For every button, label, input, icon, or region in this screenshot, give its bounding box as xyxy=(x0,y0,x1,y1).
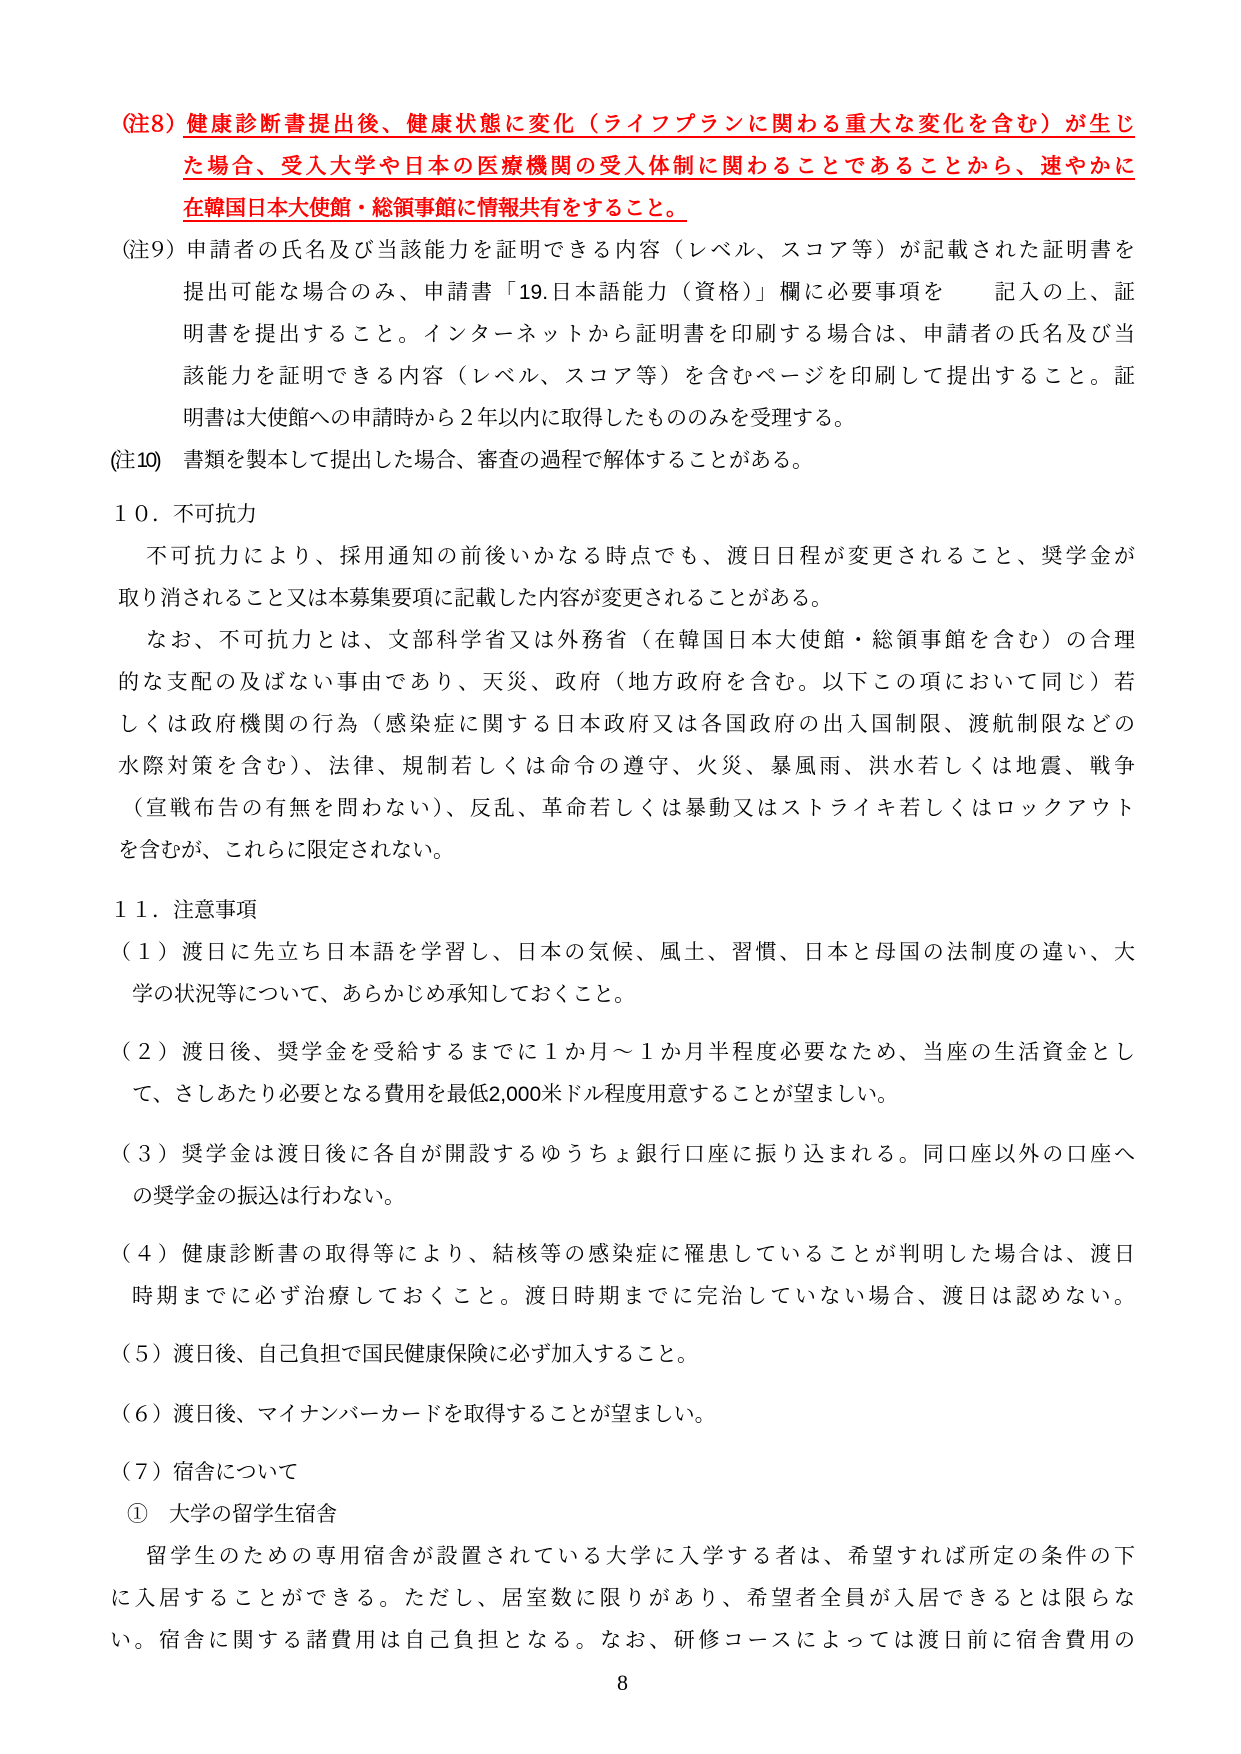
section10-p2-line-2: 的な支配の及ばない事由であり、天災、政府（地方政府を含む。以下この項において同じ… xyxy=(110,662,1135,704)
spacer xyxy=(110,1016,1135,1032)
note9-label: （注９） xyxy=(110,230,183,272)
section11-item7-para-line-1: 留学生のための専用宿舎が設置されている大学に入学する者は、希望すれば所定の条件の… xyxy=(110,1536,1135,1578)
note8-text-2: た場合、受入大学や日本の医療機関の受入体制に関わることであることから、速やかに xyxy=(110,146,1135,188)
note9-text-4: 該能力を証明できる内容（レベル、スコア等）を含むページを印刷して提出すること。証 xyxy=(110,356,1135,398)
section11-item2-line-1: （２）渡日後、奨学金を受給するまでに１か月～１か月半程度必要なため、当座の生活資… xyxy=(110,1032,1135,1074)
spacer xyxy=(110,872,1135,890)
note10-text-1: 書類を製本して提出した場合、審査の過程で解体することがある。 xyxy=(183,449,813,472)
note8-line-1: （注８）健康診断書提出後、健康状態に変化（ライフプランに関わる重大な変化を含む）… xyxy=(110,104,1135,146)
page-number: 8 xyxy=(110,1662,1135,1704)
section11-heading: １１．注意事項 xyxy=(110,890,1135,932)
section11-item4-line-1: （４）健康診断書の取得等により、結核等の感染症に罹患していることが判明した場合は… xyxy=(110,1234,1135,1276)
section10-heading: １０．不可抗力 xyxy=(110,494,1135,536)
section11-item7-para-line-2: に入居することができる。ただし、居室数に限りがあり、希望者全員が入居できるとは限… xyxy=(110,1578,1135,1620)
spacer xyxy=(110,1116,1135,1134)
note9-text-5: 明書は大使館への申請時から２年以内に取得したもののみを受理する。 xyxy=(110,398,1135,440)
section10-p2-line-4: 水際対策を含む）、法律、規制若しくは命令の遵守、火災、暴風雨、洪水若しくは地震、… xyxy=(110,746,1135,788)
note8-text-1: 健康診断書提出後、健康状態に変化（ライフプランに関わる重大な変化を含む）が生じ xyxy=(183,113,1135,136)
section11-item5-line-1: （５）渡日後、自己負担で国民健康保険に必ず加入すること。 xyxy=(110,1334,1135,1376)
section11-item2-line-2: て、さしあたり必要となる費用を最低2,000米ドル程度用意することが望ましい。 xyxy=(110,1074,1135,1116)
section11-item1-line-1: （１）渡日に先立ち日本語を学習し、日本の気候、風土、習慣、日本と母国の法制度の違… xyxy=(110,932,1135,974)
section10-p1-line-1: 不可抗力により、採用通知の前後いかなる時点でも、渡日日程が変更されること、奨学金… xyxy=(110,536,1135,578)
section11-item1-line-2: 学の状況等について、あらかじめ承知しておくこと。 xyxy=(110,974,1135,1016)
section11-item6-line-1: （６）渡日後、マイナンバーカードを取得することが望ましい。 xyxy=(110,1394,1135,1436)
document-page: （注８）健康診断書提出後、健康状態に変化（ライフプランに関わる重大な変化を含む）… xyxy=(0,0,1241,1754)
spacer xyxy=(110,1436,1135,1452)
section11-item7-heading: （７）宿舎について xyxy=(110,1452,1135,1494)
spacer xyxy=(110,1376,1135,1394)
note8-label: （注８） xyxy=(110,104,183,146)
note9-text-1: 申請者の氏名及び当該能力を証明できる内容（レベル、スコア等）が記載された証明書を xyxy=(183,239,1135,262)
note9-text-3: 明書を提出すること。インターネットから証明書を印刷する場合は、申請者の氏名及び当 xyxy=(110,314,1135,356)
note9-text-2: 提出可能な場合のみ、申請書「19.日本語能力（資格）」欄に必要事項を 記入の上、… xyxy=(110,272,1135,314)
spacer xyxy=(110,1318,1135,1334)
note10-line-1: (注 10)書類を製本して提出した場合、審査の過程で解体することがある。 xyxy=(110,440,1135,482)
section11-item7-para-line-3: い。宿舎に関する諸費用は自己負担となる。なお、研修コースによっては渡日前に宿舎費… xyxy=(110,1620,1135,1662)
section11-item7-sub1-heading: ① 大学の留学生宿舎 xyxy=(110,1494,1135,1536)
spacer xyxy=(110,1218,1135,1234)
section10-p2-line-1: なお、不可抗力とは、文部科学省又は外務省（在韓国日本大使館・総領事館を含む）の合… xyxy=(110,620,1135,662)
section10-p2-line-3: しくは政府機関の行為（感染症に関する日本政府又は各国政府の出入国制限、渡航制限な… xyxy=(110,704,1135,746)
section11-item3-line-1: （３）奨学金は渡日後に各自が開設するゆうちょ銀行口座に振り込まれる。同口座以外の… xyxy=(110,1134,1135,1176)
spacer xyxy=(110,482,1135,494)
note8-text-3: 在韓国日本大使館・総領事館に情報共有をすること。 xyxy=(110,188,1135,230)
note9-line-1: （注９）申請者の氏名及び当該能力を証明できる内容（レベル、スコア等）が記載された… xyxy=(110,230,1135,272)
section10-p2-line-5: （宣戦布告の有無を問わない）、反乱、革命若しくは暴動又はストライキ若しくはロック… xyxy=(110,788,1135,830)
section10-p2-line-6: を含むが、これらに限定されない。 xyxy=(110,830,1135,872)
section11-item3-line-2: の奨学金の振込は行わない。 xyxy=(110,1176,1135,1218)
note10-label: (注 10) xyxy=(110,440,183,482)
section11-item4-line-2: 時期までに必ず治療しておくこと。渡日時期までに完治していない場合、渡日は認めない… xyxy=(110,1276,1135,1318)
section10-p1-line-2: 取り消されること又は本募集要項に記載した内容が変更されることがある。 xyxy=(110,578,1135,620)
